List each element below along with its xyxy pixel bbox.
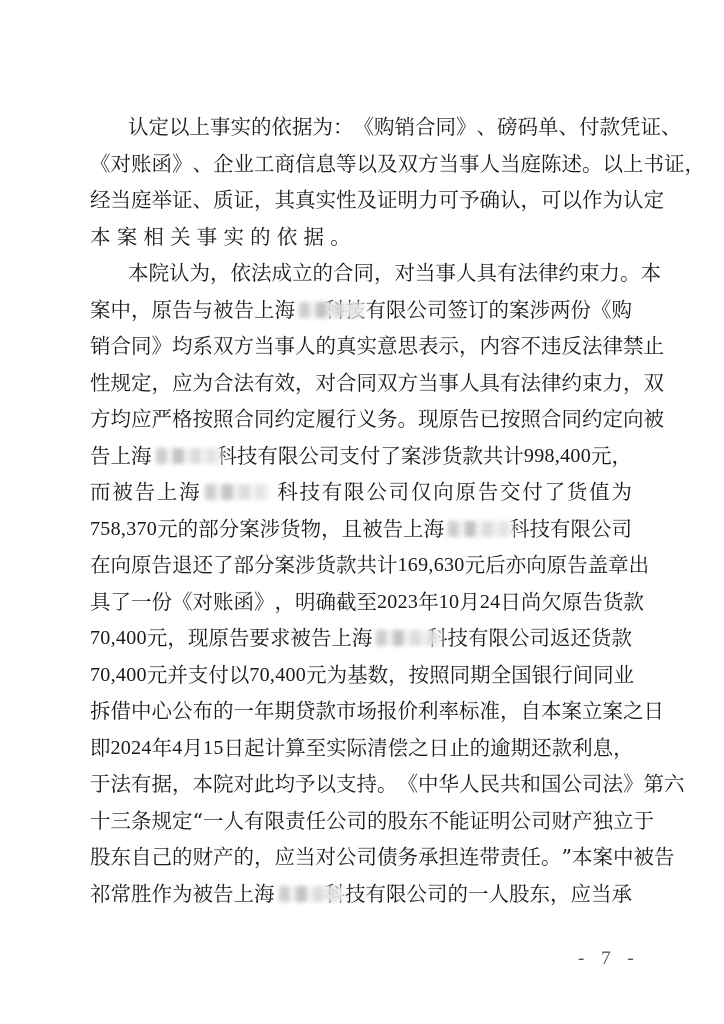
text-line: 《对账函》、企业工商信息等以及双方当事人当庭陈述。以上书证， xyxy=(90,150,632,178)
text-line: 70,400元，现原告要求被告上海科技有限公司返还货款 xyxy=(90,624,632,652)
numeric-value: 15 xyxy=(203,734,224,762)
text-line: 本院认为，依法成立的合同，对当事人具有法律约束力。本 xyxy=(128,259,632,287)
text-line: 而被告上海科技有限公司仅向原告交付了货值为 xyxy=(90,478,632,506)
document-page: 认定以上事实的依据为：《购销合同》、磅码单、付款凭证、《对账函》、企业工商信息等… xyxy=(0,0,724,1024)
redacted-company-name xyxy=(444,519,509,539)
numeric-value: 24 xyxy=(480,588,501,616)
text-line: 70,400元并支付以70,400元为基数，按照同期全国银行间同业 xyxy=(90,661,632,689)
text-line: 本案相关事实的依据。 xyxy=(90,223,632,251)
numeric-value: 2024 xyxy=(111,734,152,762)
text-line: 性规定，应为合法有效，对合同双方当事人具有法律约束力，双 xyxy=(90,369,632,397)
redacted-company-name xyxy=(152,446,217,466)
text-line: 经当庭举证、质证，其真实性及证明力可予确认，可以作为认定 xyxy=(90,186,632,214)
text-line: 即2024年4月15日起计算至实际清偿之日止的逾期还款利息， xyxy=(90,734,632,762)
text-line: 祁常胜作为被告上海科技有限公司的一人股东，应当承 xyxy=(90,880,632,908)
numeric-value: 10 xyxy=(439,588,460,616)
numeric-value: 70,400 xyxy=(90,661,147,689)
text-line: 认定以上事实的依据为：《购销合同》、磅码单、付款凭证、 xyxy=(128,113,632,141)
numeric-value: 998,400 xyxy=(524,442,591,470)
text-line: 股东自己的财产的，应当对公司债务承担连带责任。”本案中被告 xyxy=(90,843,632,871)
text-line: 十三条规定“一人有限责任公司的股东不能证明公司财产独立于 xyxy=(90,807,632,835)
numeric-value: 758,370 xyxy=(90,515,157,543)
text-line: 告上海科技有限公司支付了案涉货款共计998,400元， xyxy=(90,442,632,470)
redacted-company-name xyxy=(201,482,275,502)
text-line: 758,370元的部分案涉货物，且被告上海科技有限公司 xyxy=(90,515,632,543)
numeric-value: 70,400 xyxy=(249,661,306,689)
text-line: 于法有据，本院对此均予以支持。《中华人民共和国公司法》第六 xyxy=(90,770,632,798)
text-line: 销合同》均系双方当事人的真实意思表示，内容不违反法律禁止 xyxy=(90,332,632,360)
page-number: - 7 - xyxy=(578,948,640,970)
redacted-company-name xyxy=(275,884,325,904)
text-line: 案中，原告与被告上海科技有限公司签订的案涉两份《购 xyxy=(90,296,632,324)
text-line: 方均应严格按照合同约定履行义务。现原告已按照合同约定向被 xyxy=(90,405,632,433)
redacted-company-name xyxy=(372,628,427,648)
redacted-company-name xyxy=(295,300,325,320)
text-line: 拆借中心公布的一年期贷款市场报价利率标准，自本案立案之日 xyxy=(90,697,632,725)
text-line: 在向原告退还了部分案涉货款共计169,630元后亦向原告盖章出 xyxy=(90,551,632,579)
numeric-value: 4 xyxy=(172,734,182,762)
numeric-value: 2023 xyxy=(377,588,418,616)
text-line: 具了一份《对账函》，明确截至2023年10月24日尚欠原告货款 xyxy=(90,588,632,616)
numeric-value: 70,400 xyxy=(90,624,147,652)
numeric-value: 169,630 xyxy=(398,551,465,579)
